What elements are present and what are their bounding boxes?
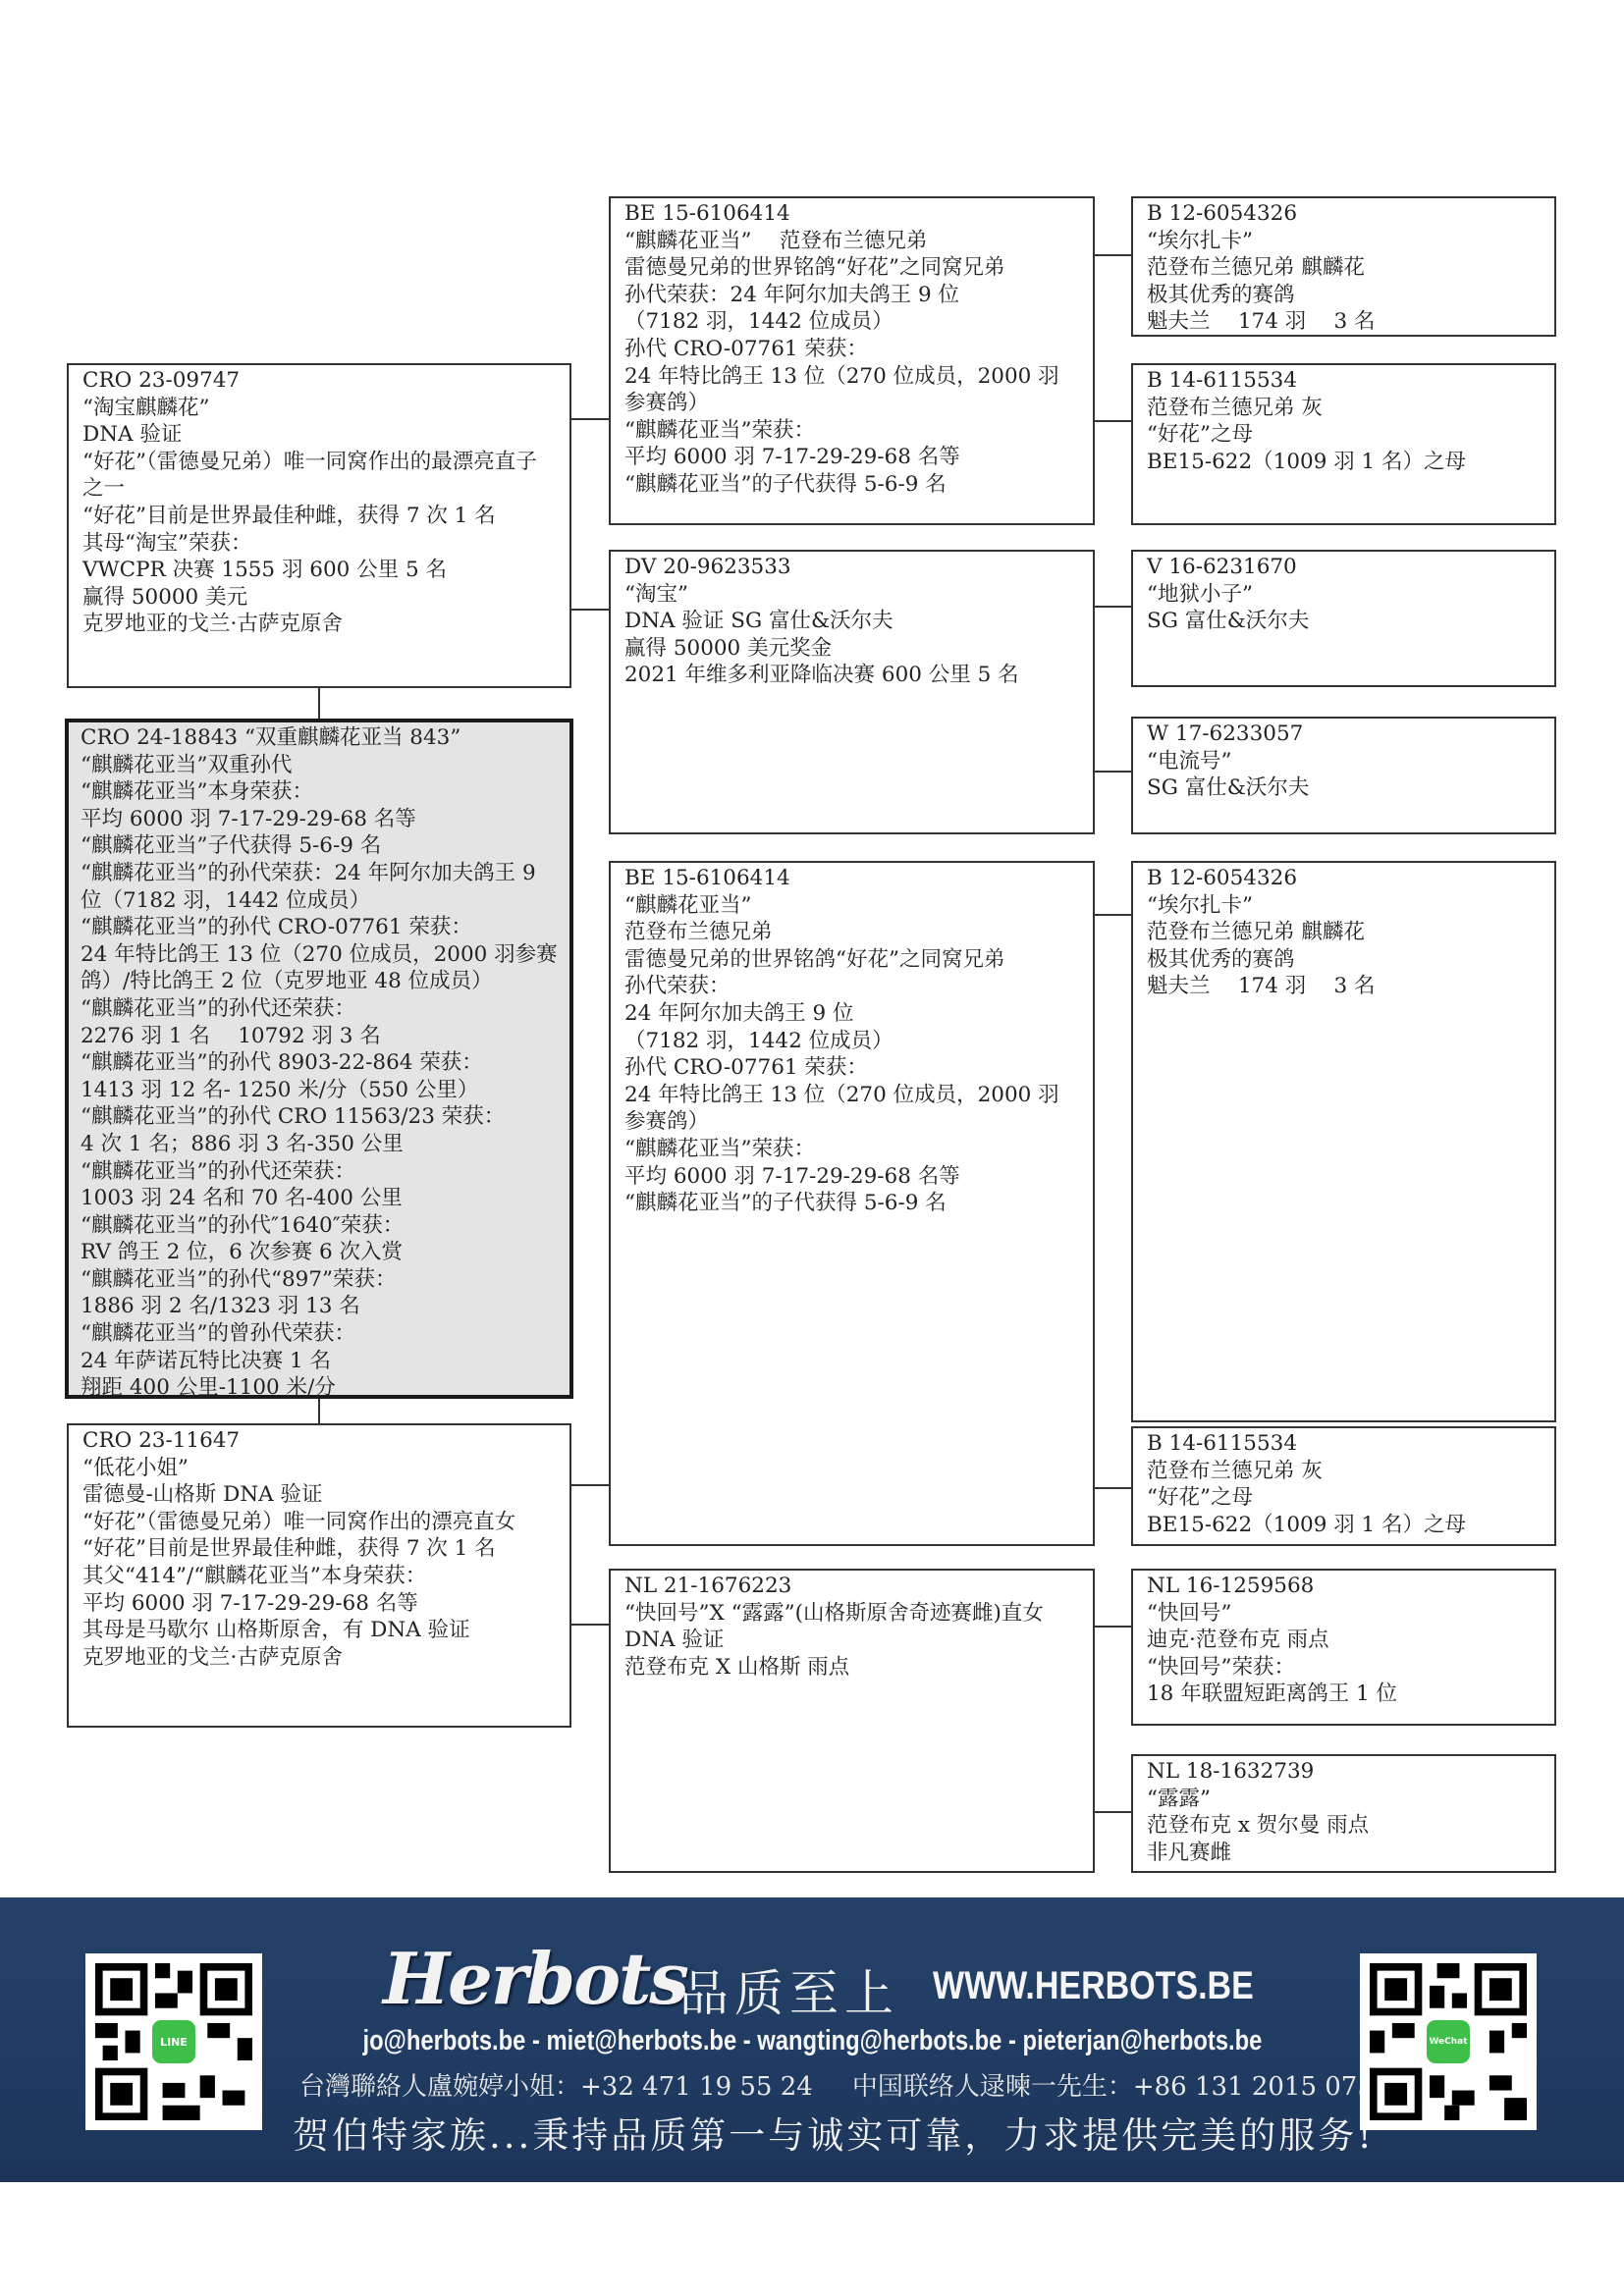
pedigree-sdd: W 17-6233057“电流号”SG 富仕&沃尔夫	[1131, 717, 1556, 834]
connector	[1095, 771, 1131, 773]
pedigree-line: 孙代荣获：24 年阿尔加夫鸽王 9 位	[624, 282, 1079, 309]
pedigree-line: 平均 6000 羽 7-17-29-29-68 名等	[81, 806, 558, 833]
pedigree-line: 范登布兰德兄弟 灰	[1147, 395, 1541, 422]
motto: 贺伯特家族...秉持品质第一与诚实可靠，力求提供完美的服务!	[293, 2106, 1375, 2159]
pedigree-line: 其母“淘宝”荣获：	[82, 530, 556, 558]
pedigree-sire: CRO 23-09747“淘宝麒麟花”DNA 验证“好花”（雷德曼兄弟）唯一同窝…	[67, 363, 571, 688]
pedigree-line: 极其优秀的赛鸽	[1147, 946, 1541, 974]
pedigree-line: 非凡赛雌	[1147, 1840, 1541, 1867]
pedigree-line: 24 年萨诺瓦特比决赛 1 名	[81, 1348, 558, 1375]
connector	[571, 609, 609, 611]
connector	[318, 688, 320, 719]
pedigree-line: B 14-6115534	[1147, 1430, 1541, 1458]
pedigree-line: V 16-6231670	[1147, 554, 1541, 581]
pedigree-line: “好花”（雷德曼兄弟）唯一同窝作出的漂亮直女	[82, 1509, 556, 1536]
contact-china: 中国联络人逯暕一先生：+86 131 2015 0755	[852, 2072, 1390, 2102]
pedigree-line: 孙代荣获：	[624, 973, 1079, 1000]
pedigree-line: 克罗地亚的戈兰·古萨克原舍	[82, 1644, 556, 1672]
pedigree-line: “麒麟花亚当”本身荣获：	[81, 778, 558, 806]
wechat-qr-code[interactable]: WeChat	[1360, 1953, 1537, 2130]
pedigree-line: “好花”之母	[1147, 1484, 1541, 1512]
pedigree-line: CRO 23-11647	[82, 1427, 556, 1455]
pedigree-line: DV 20-9623533	[624, 554, 1079, 581]
pedigree-line: BE15-622（1009 羽 1 名）之母	[1147, 1512, 1541, 1539]
pedigree-line: 范登布兰德兄弟 灰	[1147, 1458, 1541, 1485]
pedigree-line: 平均 6000 羽 7-17-29-29-68 名等	[624, 1163, 1079, 1191]
pedigree-line: 1886 羽 2 名/1323 羽 13 名	[81, 1293, 558, 1320]
pedigree-line: “露露”	[1147, 1786, 1541, 1813]
pedigree-line: 平均 6000 羽 7-17-29-29-68 名等	[624, 444, 1079, 471]
pedigree-dsd: B 14-6115534范登布兰德兄弟 灰“好花”之母BE15-622（1009…	[1131, 1426, 1556, 1546]
pedigree-line: 范登布兰德兄弟	[624, 919, 1079, 946]
pedigree-line: 18 年联盟短距离鸽王 1 位	[1147, 1681, 1541, 1708]
pedigree-line: SG 富仕&沃尔夫	[1147, 608, 1541, 635]
pedigree-line: “淘宝”	[624, 581, 1079, 609]
pedigree-line: 24 年特比鸽王 13 位（270 位成员，2000 羽参赛鸽）/特比鸽王 2 …	[81, 941, 558, 995]
pedigree-line: DNA 验证	[624, 1627, 1079, 1654]
pedigree-line: NL 21-1676223	[624, 1573, 1079, 1600]
pedigree-line: “麒麟花亚当”的孙代还荣获：	[81, 995, 558, 1023]
pedigree-line: DNA 验证	[82, 421, 556, 449]
contact-taiwan: 台灣聯絡人盧婉婷小姐：+32 471 19 55 24	[299, 2072, 813, 2102]
pedigree-line: B 12-6054326	[1147, 865, 1541, 892]
pedigree-line: “麒麟花亚当” 范登布兰德兄弟	[624, 228, 1079, 255]
pedigree-line: 2021 年维多利亚降临决赛 600 公里 5 名	[624, 662, 1079, 689]
pedigree-line: “埃尔扎卡”	[1147, 892, 1541, 920]
pedigree-line: NL 18-1632739	[1147, 1758, 1541, 1786]
pedigree-line: 翔距 400 公里-1100 米/分	[81, 1374, 558, 1402]
pedigree-line: “电流号”	[1147, 748, 1541, 775]
pedigree-line: “麒麟花亚当”的孙代“897”荣获：	[81, 1266, 558, 1294]
connector	[1095, 1811, 1131, 1813]
connector	[571, 418, 609, 420]
pedigree-line: “地狱小子”	[1147, 581, 1541, 609]
pedigree-line: 24 年特比鸽王 13 位（270 位成员，2000 羽参赛鸽）	[624, 1082, 1079, 1136]
pedigree-line: SG 富仕&沃尔夫	[1147, 774, 1541, 802]
pedigree-line: “好花”目前是世界最佳种雌，获得 7 次 1 名	[82, 1535, 556, 1563]
pedigree-line: BE 15-6106414	[624, 865, 1079, 892]
contact-phones: 台灣聯絡人盧婉婷小姐：+32 471 19 55 24中国联络人逯暕一先生：+8…	[299, 2066, 1429, 2103]
pedigree-line: RV 鸽王 2 位，6 次参赛 6 次入赏	[81, 1239, 558, 1266]
footer-banner: LINE Herbots 品质至上 WWW.HERBOTS.BE jo@herb…	[0, 1897, 1624, 2182]
connector	[1095, 1626, 1131, 1628]
pedigree-line: W 17-6233057	[1147, 721, 1541, 748]
pedigree-line: 1003 羽 24 名和 70 名-400 公里	[81, 1185, 558, 1212]
pedigree-line: CRO 23-09747	[82, 367, 556, 395]
pedigree-line: 范登布克 X 山格斯 雨点	[624, 1654, 1079, 1682]
pedigree-ddd: NL 18-1632739“露露”范登布克 x 贺尔曼 雨点非凡赛雌	[1131, 1754, 1556, 1873]
pedigree-line: 1413 羽 12 名- 1250 米/分（550 公里）	[81, 1077, 558, 1104]
connector	[318, 1399, 320, 1423]
pedigree-line: 孙代 CRO-07761 荣获：	[624, 336, 1079, 363]
pedigree-line: 雷德曼-山格斯 DNA 验证	[82, 1481, 556, 1509]
pedigree-line: 极其优秀的赛鸽	[1147, 282, 1541, 309]
pedigree-line: “麒麟花亚当”的孙代 8903-22-864 荣获：	[81, 1049, 558, 1077]
connector	[1095, 914, 1131, 916]
pedigree-line: “快回号”荣获：	[1147, 1654, 1541, 1682]
connector	[1095, 254, 1131, 256]
pedigree-line: “麒麟花亚当”荣获：	[624, 1136, 1079, 1163]
pedigree-line: （7182 羽，1442 位成员）	[624, 1028, 1079, 1055]
pedigree-line: 迪克·范登布克 雨点	[1147, 1627, 1541, 1654]
pedigree-line: “麒麟花亚当”荣获：	[624, 417, 1079, 445]
pedigree-line: “好花”（雷德曼兄弟）唯一同窝作出的最漂亮直子之一	[82, 449, 556, 503]
pedigree-line: “埃尔扎卡”	[1147, 228, 1541, 255]
website-link[interactable]: WWW.HERBOTS.BE	[933, 1964, 1254, 2008]
pedigree-subject: CRO 24-18843 “双重麒麟花亚当 843”“麒麟花亚当”双重孙代“麒麟…	[65, 719, 573, 1399]
pedigree-line: “快回号”X “露露”(山格斯原舍奇迹赛雌)直女	[624, 1600, 1079, 1628]
pedigree-dss: B 12-6054326“埃尔扎卡”范登布兰德兄弟 麒麟花极其优秀的赛鸽魁夫兰 …	[1131, 861, 1556, 1422]
pedigree-sss: B 12-6054326“埃尔扎卡”范登布兰德兄弟 麒麟花极其优秀的赛鸽魁夫兰 …	[1131, 196, 1556, 337]
pedigree-line: 平均 6000 羽 7-17-29-29-68 名等	[82, 1590, 556, 1618]
pedigree-line: 其父“414”/“麒麟花亚当”本身荣获：	[82, 1563, 556, 1590]
pedigree-line: 魁夫兰 174 羽 3 名	[1147, 308, 1541, 336]
pedigree-dam: CRO 23-11647“低花小姐”雷德曼-山格斯 DNA 验证“好花”（雷德曼…	[67, 1423, 571, 1728]
pedigree-line: 克罗地亚的戈兰·古萨克原舍	[82, 611, 556, 638]
pedigree-dds: NL 16-1259568“快回号”迪克·范登布克 雨点“快回号”荣获：18 年…	[1131, 1569, 1556, 1726]
herbots-logo: Herbots	[383, 1937, 687, 2020]
pedigree-line: 魁夫兰 174 羽 3 名	[1147, 973, 1541, 1000]
connector	[571, 1484, 609, 1486]
pedigree-line: B 12-6054326	[1147, 200, 1541, 228]
pedigree-dam-dam: NL 21-1676223“快回号”X “露露”(山格斯原舍奇迹赛雌)直女DNA…	[609, 1569, 1095, 1873]
pedigree-sds: V 16-6231670“地狱小子”SG 富仕&沃尔夫	[1131, 550, 1556, 687]
pedigree-line: NL 16-1259568	[1147, 1573, 1541, 1600]
pedigree-line: 4 次 1 名；886 羽 3 名-350 公里	[81, 1131, 558, 1158]
pedigree-line: BE15-622（1009 羽 1 名）之母	[1147, 449, 1541, 476]
pedigree-line: “好花”之母	[1147, 421, 1541, 449]
pedigree-line: 范登布兰德兄弟 麒麟花	[1147, 254, 1541, 282]
pedigree-line: “麒麟花亚当”的孙代荣获：24 年阿尔加夫鸽王 9 位（7182 羽，1442 …	[81, 860, 558, 914]
pedigree-line: “麒麟花亚当”的孙代还荣获：	[81, 1158, 558, 1186]
pedigree-line: “低花小姐”	[82, 1455, 556, 1482]
pedigree-line: “麒麟花亚当”子代获得 5-6-9 名	[81, 832, 558, 860]
pedigree-line: 24 年阿尔加夫鸽王 9 位	[624, 1000, 1079, 1028]
connector	[1095, 1487, 1131, 1489]
pedigree-line: “好花”目前是世界最佳种雌，获得 7 次 1 名	[82, 503, 556, 530]
pedigree-line: VWCPR 决赛 1555 羽 600 公里 5 名	[82, 557, 556, 584]
pedigree-line: “麒麟花亚当”的孙代″1640″荣获：	[81, 1212, 558, 1240]
slogan: 品质至上	[679, 1954, 899, 2025]
pedigree-line: 赢得 50000 美元奖金	[624, 635, 1079, 663]
pedigree-dam-sire: BE 15-6106414“麒麟花亚当”范登布兰德兄弟雷德曼兄弟的世界铭鸽“好花…	[609, 861, 1095, 1546]
pedigree-line: 其母是马歇尔 山格斯原舍，有 DNA 验证	[82, 1617, 556, 1644]
connector	[1095, 606, 1131, 608]
pedigree-line: 2276 羽 1 名 10792 羽 3 名	[81, 1023, 558, 1050]
pedigree-line: “麒麟花亚当”的孙代 CRO-07761 荣获：	[81, 914, 558, 941]
pedigree-sire-dam: DV 20-9623533“淘宝”DNA 验证 SG 富仕&沃尔夫赢得 5000…	[609, 550, 1095, 834]
pedigree-line: 孙代 CRO-07761 荣获：	[624, 1054, 1079, 1082]
pedigree-line: 范登布克 x 贺尔曼 雨点	[1147, 1812, 1541, 1840]
pedigree-line: 24 年特比鸽王 13 位（270 位成员，2000 羽参赛鸽）	[624, 363, 1079, 417]
pedigree-line: 范登布兰德兄弟 麒麟花	[1147, 919, 1541, 946]
pedigree-line: “麒麟花亚当”的子代获得 5-6-9 名	[624, 1190, 1079, 1217]
pedigree-line: “麒麟花亚当”的曾孙代荣获：	[81, 1320, 558, 1348]
pedigree-line: “麒麟花亚当”双重孙代	[81, 752, 558, 779]
pedigree-line: 赢得 50000 美元	[82, 584, 556, 612]
pedigree-line: BE 15-6106414	[624, 200, 1079, 228]
pedigree-ssd: B 14-6115534范登布兰德兄弟 灰“好花”之母BE15-622（1009…	[1131, 363, 1556, 525]
pedigree-line: DNA 验证 SG 富仕&沃尔夫	[624, 608, 1079, 635]
pedigree-sire-sire: BE 15-6106414“麒麟花亚当” 范登布兰德兄弟雷德曼兄弟的世界铭鸽“好…	[609, 196, 1095, 525]
pedigree-line: B 14-6115534	[1147, 367, 1541, 395]
connector	[1095, 420, 1131, 422]
pedigree-line: 雷德曼兄弟的世界铭鸽“好花”之同窝兄弟	[624, 946, 1079, 974]
pedigree-line: 雷德曼兄弟的世界铭鸽“好花”之同窝兄弟	[624, 254, 1079, 282]
pedigree-line: CRO 24-18843 “双重麒麟花亚当 843”	[81, 724, 558, 752]
wechat-app-icon: WeChat	[1427, 2020, 1470, 2063]
email-text[interactable]: jo@herbots.be - miet@herbots.be - wangti…	[362, 2025, 1262, 2057]
pedigree-line: “麒麟花亚当”	[624, 892, 1079, 920]
pedigree-line: “快回号”	[1147, 1600, 1541, 1628]
pedigree-line: “麒麟花亚当”的孙代 CRO 11563/23 荣获：	[81, 1103, 558, 1131]
pedigree-line: “麒麟花亚当”的子代获得 5-6-9 名	[624, 471, 1079, 499]
pedigree-line: （7182 羽，1442 位成员）	[624, 308, 1079, 336]
pedigree-line: “淘宝麒麟花”	[82, 395, 556, 422]
connector	[571, 1624, 609, 1626]
